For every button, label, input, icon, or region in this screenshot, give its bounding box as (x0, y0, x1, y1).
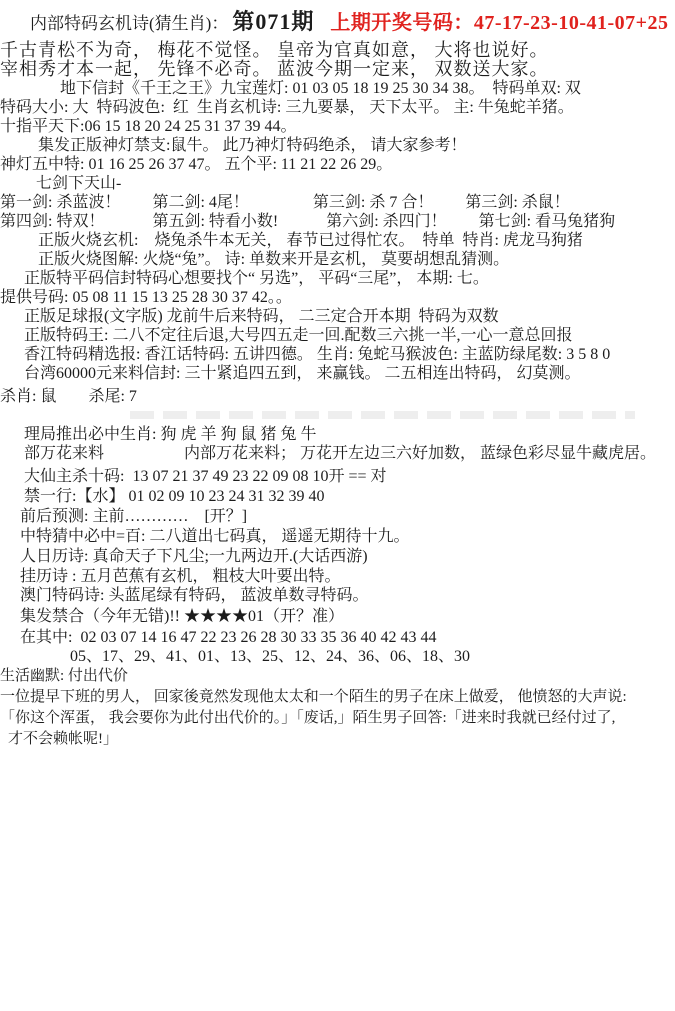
doc-line: 特码大小: 大 特码波色: 红 生肖玄机诗: 三九要暴， 天下太平。 主: 牛兔… (0, 98, 675, 117)
doc-line: 第一剑: 杀蓝波！ 第二剑: 4尾！ 第三剑: 杀 7 合！ 第三剑: 杀鼠！ (0, 193, 675, 212)
doc-line: 在其中: 02 03 07 14 16 47 22 23 26 28 30 33… (0, 628, 675, 647)
doc-line: 挂历诗 : 五月芭蕉有玄机， 粗枝大叶要出特。 (0, 567, 675, 586)
doc-line: 中特猜中必中=百: 二八道出七码真， 遥遥无期待十九。 (0, 527, 675, 546)
doc-line: 大仙主杀十码: 13 07 21 37 49 23 22 09 08 10开 =… (0, 467, 675, 486)
doc-body: 千古青松不为奇， 梅花不觉怪。 皇帝为官真如意， 大将也说好。宰相秀才本一起， … (0, 38, 675, 749)
last-draw-numbers: 47-17-23-10-41-07+25 (474, 12, 669, 34)
doc-line: 七剑下天山- (0, 174, 675, 193)
doc-line: 生活幽默: 付出代价 (0, 666, 675, 686)
doc-line: 提供号码: 05 08 11 15 13 25 28 30 37 42。。 (0, 288, 675, 307)
doc-line: 地下信封《千王之王》九宝莲灯: 01 03 05 18 19 25 30 34 … (0, 79, 675, 98)
doc-line: 正版足球报(文字版) 龙前牛后来特码， 二三定合开本期 特码为双数 (0, 307, 675, 326)
doc-line: 部万花来料 内部万花来料； 万花开左边三六好加数， 蓝绿色彩尽显牛藏虎居。 (0, 444, 675, 463)
doc-line: 杀肖: 鼠 杀尾: 7 (0, 387, 675, 406)
doc-header: 内部特码玄机诗(猜生肖)： 第071期 上期开奖号码：47-17-23-10-4… (0, 0, 675, 38)
doc-line: 千古青松不为奇， 梅花不觉怪。 皇帝为官真如意， 大将也说好。 (0, 41, 675, 60)
erased-text-smudge (130, 411, 635, 419)
doc-line: 05、17、29、41、01、13、25、12、24、36、06、18、30 (0, 647, 675, 666)
last-draw-label: 上期开奖号码： (330, 12, 474, 34)
doc-line: 人日历诗: 真命天子下凡尘;一九两边开.(大话西游) (0, 547, 675, 566)
doc-line: 才不会赖帐呢!」 (0, 729, 675, 749)
page-title: 内部特码玄机诗(猜生肖)： (30, 9, 228, 34)
doc-line: 神灯五中特: 01 16 25 26 37 47。 五个平: 11 21 22 … (0, 155, 675, 174)
doc-line: 理局推出必中生肖: 狗 虎 羊 狗 鼠 猪 兔 牛 (0, 425, 675, 444)
doc-line: 禁一行:【水】 01 02 09 10 23 24 31 32 39 40 (0, 487, 675, 506)
doc-line: 前后预测: 主前………… [开？] (0, 507, 675, 526)
doc-line: 正版特平码信封特码心想要找个“ 另选”， 平码“三尾”， 本期: 七。 (0, 269, 675, 288)
doc-line: 台湾60000元来料信封: 三十紧追四五到， 来赢钱。 二五相连出特码， 幻莫测… (0, 364, 675, 383)
issue-number: 第071期 (232, 5, 314, 36)
doc-line: 集发正版神灯禁支:鼠牛。 此乃神灯特码绝杀， 请大家参考！ (0, 136, 675, 155)
last-draw-result: 上期开奖号码：47-17-23-10-41-07+25 (330, 6, 668, 35)
lottery-tip-sheet: 内部特码玄机诗(猜生肖)： 第071期 上期开奖号码：47-17-23-10-4… (0, 0, 675, 1011)
doc-line: 正版火烧玄机: 烧兔杀牛本无关， 春节已过得忙农。 特单 特肖: 虎龙马狗猪 (0, 231, 675, 250)
doc-line: 正版特码王: 二八不定往后退,大号四五走一回.配数三六挑一半,一心一意总回报 (0, 326, 675, 345)
doc-line: 正版火烧图解: 火烧“兔”。 诗: 单数来开是玄机， 莫要胡想乱猜测。 (0, 250, 675, 269)
doc-line: 一位提早下班的男人， 回家後竟然发现他太太和一个陌生的男子在床上做爱， 他愤怒的… (0, 687, 675, 707)
doc-line: 「你这个浑蛋， 我会要你为此付出代价的。」「废话,」陌生男子回答:「进来时我就已… (0, 708, 675, 728)
doc-line: 宰相秀才本一起， 先锋不必奇。 蓝波今期一定来， 双数送大家。 (0, 60, 675, 79)
doc-line: 澳门特码诗: 头蓝尾绿有特码， 蓝波单数寻特码。 (0, 586, 675, 605)
doc-line: 集发禁合（今年无错)!! ★★★★01（开？准） (0, 607, 675, 626)
doc-line: 十指平天下:06 15 18 20 24 25 31 37 39 44。 (0, 117, 675, 136)
doc-line: 第四剑: 特双！ 第五剑: 特看小数! 第六剑: 杀四门！ 第七剑: 看马兔猪狗 (0, 212, 675, 231)
doc-line: 香江特码精选报: 香江话特码: 五讲四德。 生肖: 兔蛇马猴波色: 主蓝防绿尾数… (0, 345, 675, 364)
